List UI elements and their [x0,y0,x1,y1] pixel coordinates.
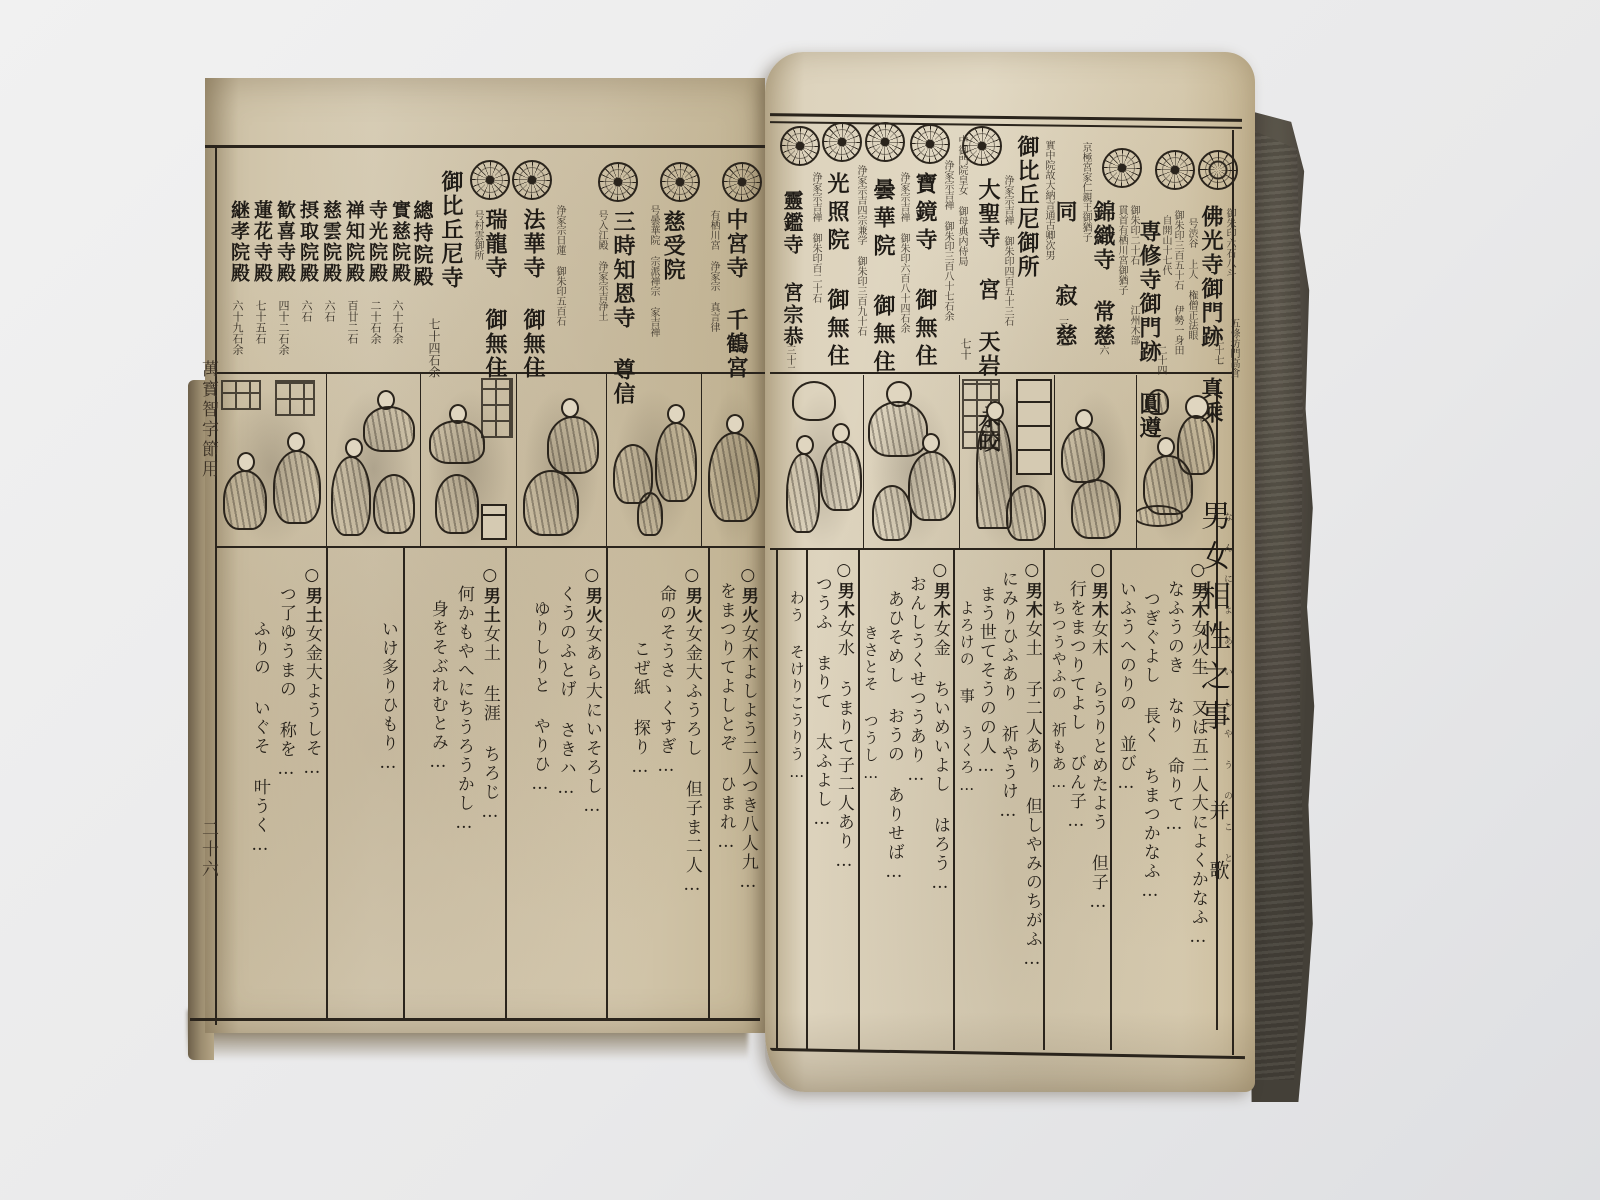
entry-text: 女金大ふうろし 但子ま二人… [682,625,702,897]
column-divider [606,548,608,1018]
seated-figure [273,450,321,524]
chrysanthemum-crest-icon [470,160,510,200]
entry-text: 女水 うまりて子二人あり… [834,620,854,873]
entry-lead: ○男木 [1188,560,1208,620]
entry-text: おんしうくせつうあり… [906,575,926,787]
figure-head [561,398,579,418]
column-divider [1043,550,1045,1050]
temple-list-name: 継孝院殿 [229,200,248,284]
entry-text: つ了ゆうまの 称を… [276,585,296,781]
seated-figure [1071,479,1121,539]
temple-entry-note: 江州木部 [1128,305,1138,345]
temple-list-stipend: 四十二石余 [278,300,289,355]
body-text-column: 身をそぶれむとみ… [428,600,446,774]
seated-figure [872,485,912,541]
entry-lead: ○男木 [834,560,854,620]
temple-entry-note: 浄家宗吉四宗兼学 御朱印三百九十石 [855,165,865,336]
entry-text: 女金大ようしそ… [302,625,322,780]
body-text-column: ○男火女木よしよう二人つき八人九… [738,565,756,894]
temple-entry-name: 中宮寺 千鶴宮 [725,208,747,380]
illustration-panel [864,375,960,548]
temple-entry-note: 御朱印六石八斗 [1224,208,1234,278]
entry-text: 何かもやへにちうろうかし… [454,585,474,835]
body-text-column: ふりの いぐそ 叶うく… [250,620,268,857]
illustration-panel [517,374,607,546]
furigana: しやう [1222,698,1232,791]
body-text-column: をまつりてよしとぞ ひまれ… [716,582,734,854]
temple-entry-name: 慈受院 [662,210,684,282]
body-text-column: つ了ゆうまの 称を… [276,585,294,781]
entry-lead: ○男土 [302,565,322,625]
entry-text: 女金 ちいめいよし はろう… [930,620,950,895]
body-text-column: まう世てそうのの人… [976,585,994,778]
standing-figure [655,422,697,502]
deity-figure [868,401,928,457]
temple-list-stipend: 六石 [301,300,312,322]
temple-entry-name: 御比丘尼御所 [1016,135,1038,279]
chrysanthemum-crest-icon [598,162,638,202]
entry-text: わう そけりこうりう… [788,590,806,783]
entry-text: よろけの 事 うくろ… [958,600,976,796]
illustration-panel [607,374,702,546]
body-text-column: ちつうやふの 祈もあ… [1050,600,1066,793]
temple-entry-stipend: 七十四石余 [428,318,440,378]
entry-lead: ○男木 [930,560,950,620]
temple-entry-note: 号渋谷 上人 権僧正法眼 [1186,218,1196,340]
figure-head [986,401,1004,421]
seated-figure [908,451,956,521]
illustration-panel [327,374,421,546]
illustration-panel [782,375,864,548]
box [481,504,507,540]
temple-entry-name: 法華寺 御無住 [522,208,544,380]
cross-crest-icon [1198,150,1238,190]
furigana: あい [1222,636,1232,698]
body-text-column: ○男火女金大ふうろし 但子ま二人… [682,565,700,897]
column-divider [1110,550,1112,1050]
entry-text: いふうへのりの 並び… [1116,580,1136,795]
entry-text: こぜ紙 探り… [630,640,650,779]
entry-text: にみりひふあり 祈やうけ… [998,570,1018,823]
column-divider [326,548,328,1018]
temple-entry-age: 五十六 [1097,325,1107,355]
temple-entry-note: 五條坊門高倉 [1228,318,1238,378]
temple-entry-note: 号入江殿 浄家宗吉浄土 [596,210,606,321]
entry-text: あひそめし おうの ありせば… [884,590,904,884]
entry-lead: ○男火 [682,565,702,625]
offering-stand [1147,389,1169,415]
temple-list-name: 蓮花寺殿 [252,200,271,284]
left-illus-bottom-rule [215,546,765,548]
body-text-column: くうのふとげ さきハ… [556,585,574,800]
illustration-panel [217,374,327,546]
entry-text: ちつうやふの 祈もあ… [1050,600,1068,793]
body-text-column: ○男火女あら大にいそろし… [582,565,600,818]
body-text-column: ○男木女金 ちいめいよし はろう… [930,560,948,895]
photo-scene: 萬寶智字節用 二十六 中宮寺 千鶴宮 有栖川宮 浄家宗 真言律 慈受院 号曇華院… [0,0,1600,1200]
seated-figure [223,470,267,530]
temple-entry-age: 二十四 [1155,345,1165,375]
column-divider [776,550,778,1050]
body-text-column: わう そけりこうりう… [788,590,804,783]
temple-entry-sub: 總持院殿 [412,200,432,288]
temple-entry-name: 瑞龍寺 御無住 [484,208,506,380]
body-text-column: 命のそうさゝくすぎ… [656,585,674,778]
illustration-panel [702,374,765,546]
temple-list-stipend: 二十石余 [370,300,381,344]
temple-list-name: 慈雲院殿 [321,200,340,284]
temple-entry-note: 号村雲御所 [472,210,482,260]
chest-of-drawers [1016,379,1052,475]
entry-text: なふうのき なり 命りて… [1164,580,1184,836]
entry-text: 女あら大にいそろし… [582,625,602,818]
left-top-rule [205,145,765,148]
temple-entry-note: 浄家宗吉禅 御朱印六百八十四石余 [898,172,908,333]
temple-entry-note: 浄家宗吉禅 御朱印百二十石 [810,172,820,303]
body-text-column: ○男木女木 らうりとめたよう 但子… [1088,560,1106,914]
temple-entry-note: 伊勢一身田 [1172,305,1182,355]
figure-head [237,452,255,472]
temple-list-name: 摂取院殿 [298,200,317,284]
column-divider [953,550,955,1050]
temple-entry-note: 實中院故大納言通古卿次男 [1043,140,1053,260]
figure-head [1157,437,1175,457]
section-subtitle: 并 歌 [1208,800,1228,888]
figure-head [287,432,305,452]
body-text-column: いふうへのりの 並び… [1116,580,1134,795]
temple-entry-note: 御朱印三百五十石 [1172,210,1182,290]
body-text-column: きさとそ つうし… [862,625,878,784]
entry-text: 女土 子二人あり 但しやみのちがふ… [1022,620,1042,971]
temple-list-stipend: 六石 [324,300,335,322]
chrysanthemum-crest-icon [722,162,762,202]
entry-lead: ○男土 [480,565,500,625]
entry-text: 身をそぶれむとみ… [428,600,448,774]
seated-figure [1061,427,1105,483]
temple-entry-note: 中御門院皇女 御母典内侍局 [956,135,966,266]
illustration-panel [960,375,1055,548]
temple-entry-name: 寶鏡寺 御無住 [914,172,936,372]
page-number: 二十六 [196,820,221,880]
seated-monk-figure [547,416,599,474]
chrysanthemum-crest-icon [1102,148,1142,188]
temple-entry-name: 光照院 御無住 [826,172,848,372]
temple-list-stipend: 六十九石余 [232,300,243,355]
column-divider [858,550,860,1050]
temple-entry-note: 貫首有栖川宮御猶子 [1116,205,1126,295]
temple-entry-age: 三十一 [1058,318,1069,351]
body-text-column: ○男木女土 子二人あり 但しやみのちがふ… [1022,560,1040,971]
temple-entry-name: 御比丘尼寺 [440,170,462,290]
body-text-column: ゆりしりと やりひ… [530,600,548,796]
body-text-column: ○男木女火生 又は五二人大によくかなふ… [1188,560,1206,949]
temple-list-stipend: 六十石余 [392,300,403,344]
temple-entry-name: 曇華院 御無住 [872,178,894,378]
column-divider [505,548,507,1018]
body-text-column: にみりひふあり 祈やうけ… [998,570,1016,823]
seated-deity-figure [363,406,415,452]
entry-text: をまつりてよしとぞ ひまれ… [716,582,736,854]
temple-entry-note: 御朱印二十石 [1128,205,1138,265]
entry-text: 命のそうさゝくすぎ… [656,585,676,778]
shoji-screen [221,380,261,410]
temple-entry-name: 靈鑑寺 宮宗恭 [782,190,802,348]
entry-text: ふりの いぐそ 叶うく… [250,620,270,857]
treasure-bag [792,381,836,421]
temple-entry-note: 浄家宗吉禅 御朱印三百八十七石余 [942,160,952,321]
seated-figure [373,474,415,534]
body-text-column: 行をまつりてよし びん子… [1066,580,1084,833]
body-text-column: よろけの 事 うくろ… [958,600,974,796]
body-text-column: なふうのき なり 命りて… [1164,580,1182,836]
illustration-panel [1055,375,1137,548]
chrysanthemum-crest-icon [865,122,905,162]
column-divider [403,548,405,1018]
left-bottom-rule [190,1018,760,1021]
kneeling-figure [523,470,579,536]
chrysanthemum-crest-icon [962,126,1002,166]
entry-text: つうふ まりて 太ふよし… [812,575,832,831]
entry-text: きさとそ つうし… [862,625,880,784]
entry-lead: ○男火 [582,565,602,625]
body-text-column: ○男土女土 生涯 ちろじ… [480,565,498,824]
body-text-column: つうふ まりて 太ふよし… [812,575,830,831]
temple-entry-age: 七十 [960,338,971,360]
figure-head [667,404,685,424]
figure-head [796,435,814,455]
entry-text: 女土 生涯 ちろじ… [480,625,500,824]
entry-text: いけ多りひもり… [378,620,398,775]
entry-lead: ○男木 [1088,560,1108,620]
window-lattice [275,380,315,416]
body-text-column: ○男木女水 うまりて子二人あり… [834,560,852,873]
figure-head [832,423,850,443]
temple-list-name: 禅知院殿 [344,200,363,284]
food-dish [1137,505,1183,527]
temple-list-stipend: 七十五石 [255,300,266,344]
entry-text: まう世てそうのの人… [976,585,996,778]
seated-figure [429,420,485,464]
entry-text: 女木 らうりとめたよう 但子… [1088,620,1108,914]
chrysanthemum-crest-icon [660,162,700,202]
temple-entry-note: 京極宮家仁親王御猶子 [1080,142,1090,242]
chrysanthemum-crest-icon [822,122,862,162]
seated-figure [435,474,479,534]
chrysanthemum-crest-icon [1155,150,1195,190]
chrysanthemum-crest-icon [512,160,552,200]
temple-entry-note: 浄家宗日蓮 御朱印五百石 [554,205,564,326]
right-illus-bottom-rule [770,548,1232,550]
body-text-column: 何かもやへにちうろうかし… [454,585,472,835]
body-text-column: おんしうくせつうあり… [906,575,924,787]
temple-entry-note: 浄家宗吉禅 御朱印四百五十三石 [1002,175,1012,326]
entry-text: 女木よしよう二人つき八人九… [738,625,758,894]
column-divider [708,548,710,1018]
furigana: なん [1222,512,1232,574]
temple-list-name: 歓喜寺殿 [275,200,294,284]
body-text-column: こぜ紙 探り… [630,640,648,779]
illustration-panel [421,374,517,546]
chrysanthemum-crest-icon [910,124,950,164]
body-text-column: つぎぐよし 長く ちまつかなふ… [1140,590,1158,903]
body-text-column: いけ多りひもり… [378,620,396,775]
temple-list-stipend: 百廿二石 [347,300,358,344]
figure-head [922,433,940,453]
body-text-column: ○男土女金大ようしそ… [302,565,320,780]
body-text-column: あひそめし おうの ありせば… [884,590,902,884]
child-figure [637,492,663,536]
entry-lead: ○男火 [738,565,758,625]
temple-list-name: 實慈院殿 [390,200,409,284]
entry-text: くうのふとげ さきハ… [556,585,576,800]
left-margin-rule [215,145,217,1025]
entry-lead: ○男木 [1022,560,1042,620]
entry-text: つぎぐよし 長く ちまつかなふ… [1140,590,1160,903]
temple-entry-age: 二十七 [1212,335,1222,365]
temple-list-name: 寺光院殿 [367,200,386,284]
entry-text: 行をまつりてよし びん子… [1066,580,1086,833]
figure-head [345,438,363,458]
temple-entry-note: 号曇華院 宗派禅宗 家吉禅 [648,205,658,337]
figure-head [726,414,744,434]
seated-figure [708,432,760,522]
seated-figure [820,441,862,511]
standing-figure [331,456,371,536]
figure-head [1075,409,1093,429]
column-divider [806,550,808,1050]
kneeling-figure [1006,485,1046,541]
temple-entry-note: 有栖川宮 浄家宗 真言律 [708,210,718,332]
shoji-screen [481,378,513,438]
chrysanthemum-crest-icon [780,126,820,166]
entry-text: 女火生 又は五二人大によくかなふ… [1188,620,1208,949]
furigana: によ [1222,574,1232,636]
seated-figure [786,453,820,533]
temple-entry-age: 三十二 [784,345,794,375]
entry-text: ゆりしりと やりひ… [530,600,550,796]
